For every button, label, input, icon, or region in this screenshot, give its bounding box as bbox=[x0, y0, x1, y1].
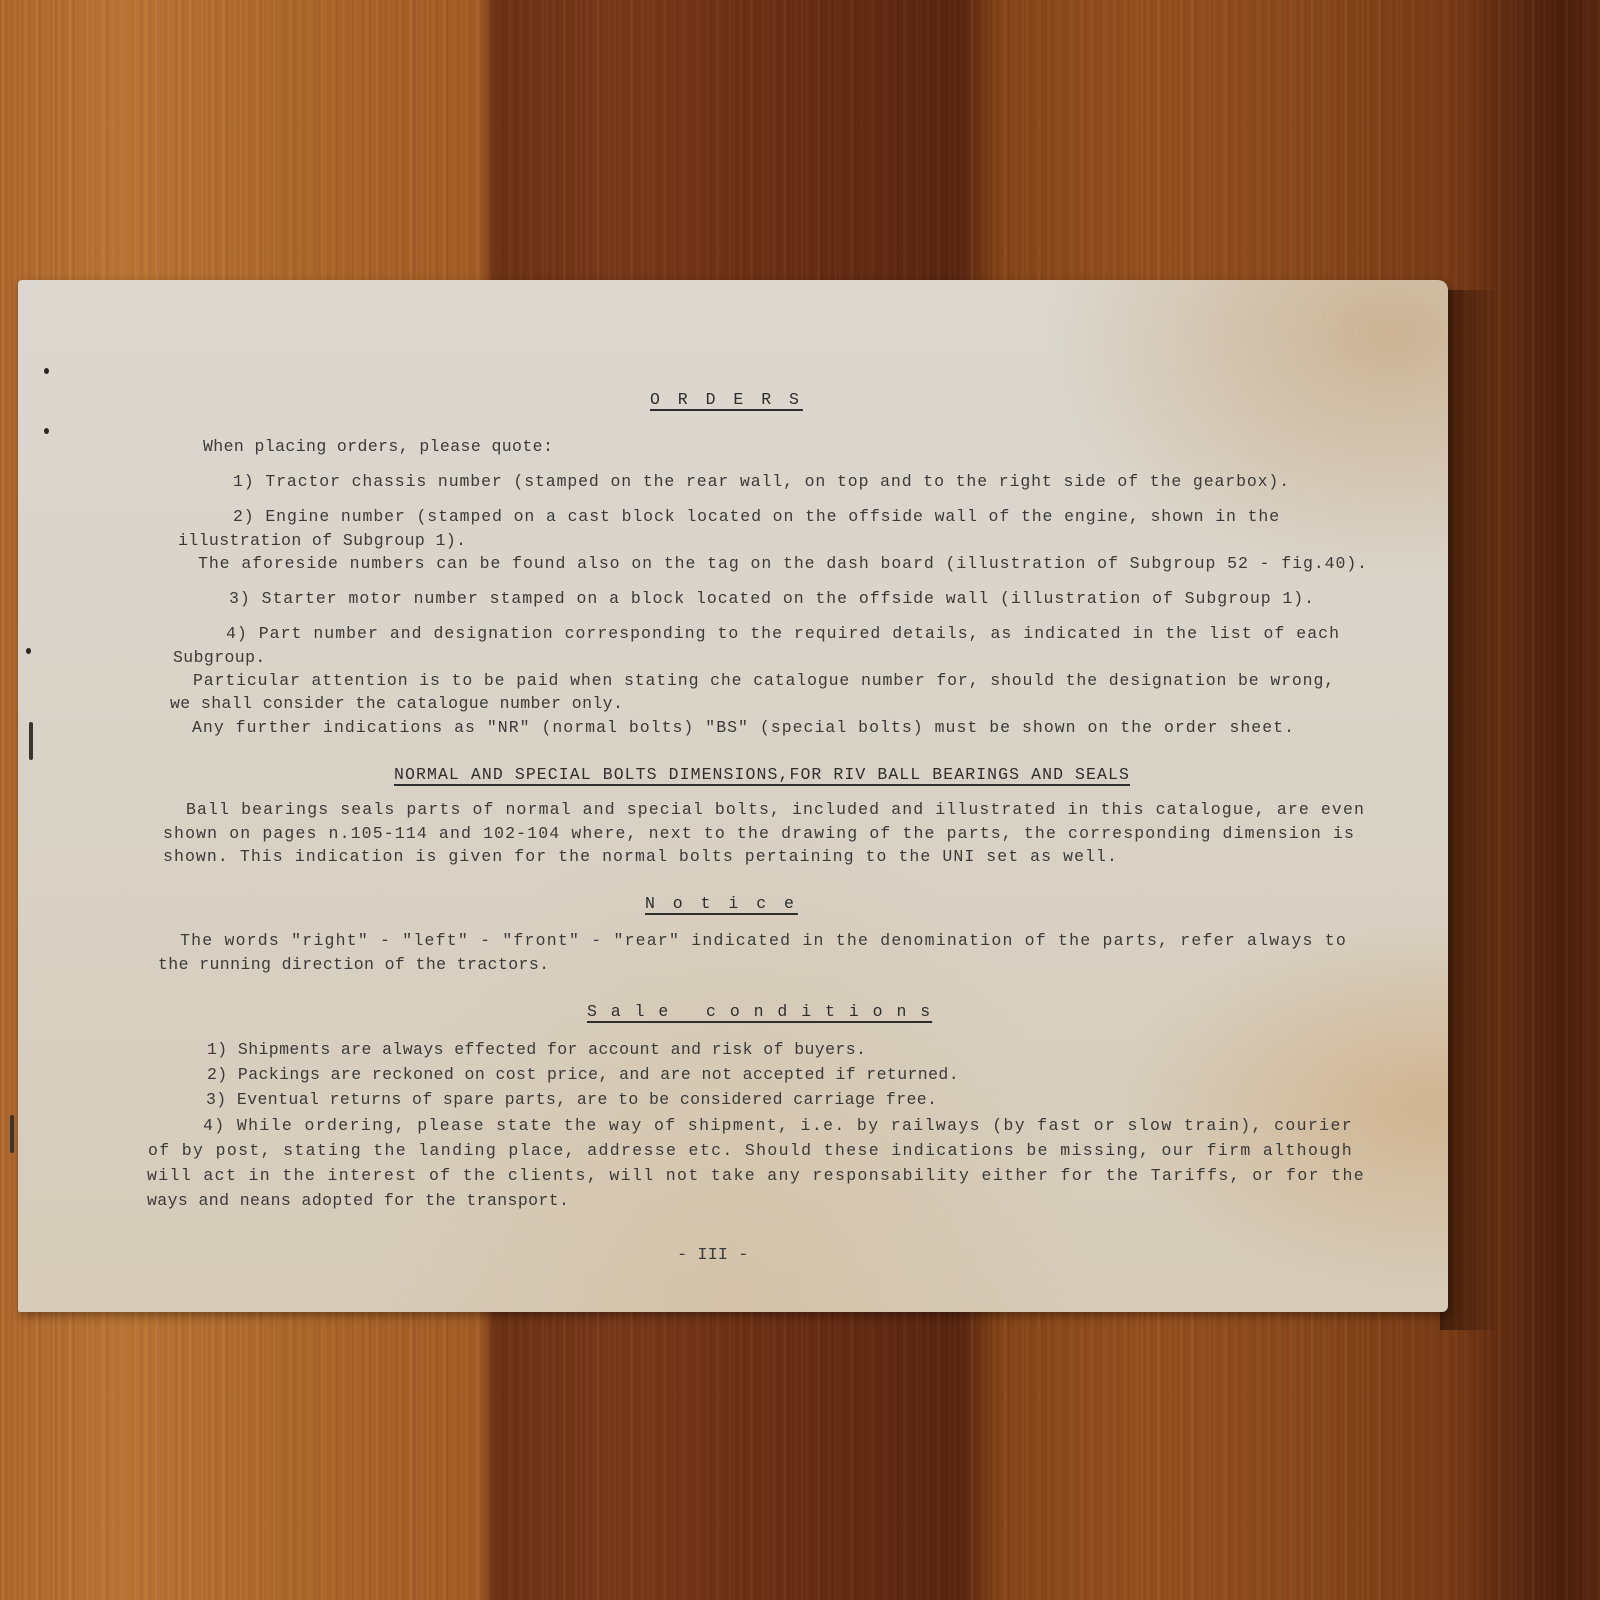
sale-item-4-cont-3: ways and neans adopted for the transport… bbox=[147, 1191, 569, 1210]
bolts-heading: NORMAL AND SPECIAL BOLTS DIMENSIONS,FOR … bbox=[394, 765, 1130, 784]
page-number: - III - bbox=[677, 1246, 748, 1265]
orders-item-3: 3) Starter motor number stamped on a blo… bbox=[229, 589, 1315, 608]
sale-item-4-cont-2: will act in the interest of the clients,… bbox=[147, 1166, 1365, 1185]
sale-item-4-cont-1: of by post, stating the landing place, a… bbox=[148, 1141, 1353, 1160]
orders-further-note: Any further indications as "NR" (normal … bbox=[192, 718, 1295, 737]
document-text: O R D E R S When placing orders, please … bbox=[0, 0, 1600, 1600]
sale-item-1: 1) Shipments are always effected for acc… bbox=[207, 1040, 866, 1059]
orders-aforeside-note: The aforeside numbers can be found also … bbox=[198, 554, 1368, 573]
notice-line-1: The words "right" - "left" - "front" - "… bbox=[180, 931, 1347, 950]
sale-item-3: 3) Eventual returns of spare parts, are … bbox=[206, 1090, 937, 1109]
sale-conditions-heading: S a l e c o n d i t i o n s bbox=[587, 1002, 932, 1021]
notice-heading: N o t i c e bbox=[645, 894, 798, 913]
orders-item-1: 1) Tractor chassis number (stamped on th… bbox=[233, 472, 1290, 491]
orders-item-2-cont: illustration of Subgroup 1). bbox=[178, 531, 466, 550]
sale-item-4: 4) While ordering, please state the way … bbox=[203, 1116, 1353, 1135]
orders-item-2: 2) Engine number (stamped on a cast bloc… bbox=[233, 507, 1280, 526]
bolts-line-2: shown on pages n.105-114 and 102-104 whe… bbox=[163, 824, 1355, 843]
bolts-line-1: Ball bearings seals parts of normal and … bbox=[186, 800, 1365, 819]
orders-item-4: 4) Part number and designation correspon… bbox=[226, 624, 1340, 643]
sale-item-2: 2) Packings are reckoned on cost price, … bbox=[207, 1065, 959, 1084]
bolts-line-3: shown. This indication is given for the … bbox=[163, 847, 1118, 866]
orders-intro: When placing orders, please quote: bbox=[203, 437, 553, 456]
orders-attention-note-cont: we shall consider the catalogue number o… bbox=[170, 694, 623, 713]
notice-line-2: the running direction of the tractors. bbox=[158, 955, 549, 974]
orders-attention-note: Particular attention is to be paid when … bbox=[193, 671, 1335, 690]
orders-item-4-cont: Subgroup. bbox=[173, 648, 266, 667]
orders-heading: O R D E R S bbox=[650, 390, 803, 409]
